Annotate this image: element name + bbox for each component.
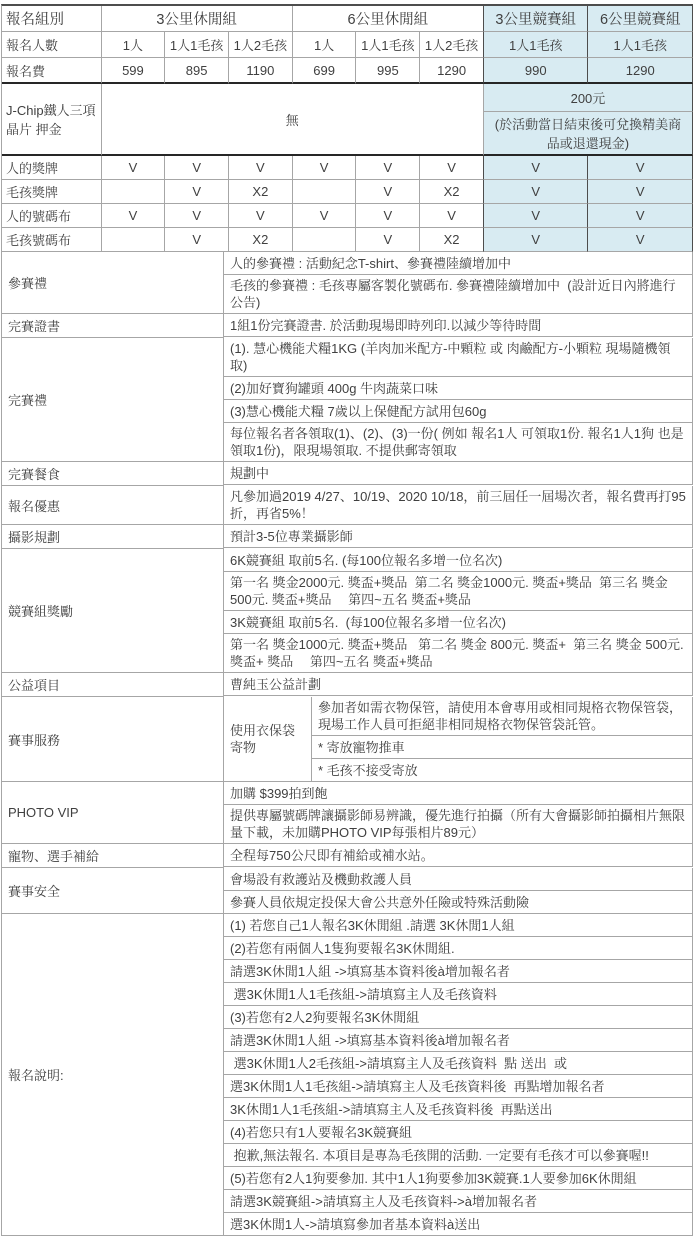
people-cell: 1人 <box>293 32 357 58</box>
fee-cell: 1290 <box>420 58 484 84</box>
section-line: (3)若您有2人2狗要報名3K休閒組 <box>224 1006 693 1029</box>
section-line: (3)慧心機能犬糧 7歲以上保健配方試用包60g <box>224 400 693 423</box>
section-label: 競賽組獎勵 <box>2 549 224 673</box>
check-cell <box>293 228 357 252</box>
fee-cell: 1190 <box>229 58 293 84</box>
service-sub-label: 使用衣保袋寄物 <box>224 697 312 782</box>
section-line: 每位報名者各領取(1)、(2)、(3)一份( 例如 報名1人 可領取1份. 報名… <box>224 423 693 462</box>
people-cell: 1人2毛孩 <box>420 32 484 58</box>
check-cell: V <box>102 156 166 180</box>
section-label: 賽事安全 <box>2 868 224 914</box>
section-line: 預計3-5位專業攝影師 <box>224 525 693 548</box>
check-cell: V <box>165 204 229 228</box>
section-line: * 毛孩不接受寄放 <box>312 759 693 782</box>
section-race-awards: 競賽組獎勵 6K競賽組 取前5名. (每100位報名多增一位名次) 第一名 獎金… <box>2 549 693 673</box>
check-cell: V <box>484 204 589 228</box>
section-line: 凡參加過2019 4/27、10/19、2020 10/18，前三屆任一屆場次者… <box>224 486 693 525</box>
check-cell: V <box>484 180 589 204</box>
group-header-label: 報名組別 <box>2 6 102 32</box>
check-cell: V <box>165 180 229 204</box>
section-label: 寵物、選手補給 <box>2 844 224 868</box>
check-cell: V <box>293 204 357 228</box>
section-photography-plan: 攝影規劃 預計3-5位專業攝影師 <box>2 525 693 549</box>
check-cell: V <box>165 228 229 252</box>
check-row-dog-medal: 毛孩獎牌 V X2 V X2 V V <box>2 180 693 204</box>
section-line: 第一名 獎金1000元. 獎盃+獎品 第二名 獎金 800元. 獎盃+ 第三名 … <box>224 634 693 673</box>
check-cell: V <box>293 156 357 180</box>
section-label: 完賽餐食 <box>2 462 224 486</box>
section-line: 選3K休閒1人1毛孩組->請填寫主人及毛孩資料後 再點增加報名者 <box>224 1075 693 1098</box>
people-cell: 1人 <box>102 32 166 58</box>
group-leisure-3k: 3公里休閒組 <box>102 6 293 32</box>
fee-cell: 699 <box>293 58 357 84</box>
chip-deposit-row: J-Chip鐵人三項晶片 押金 無 200元 (於活動當日結束後可兌換精美商品或… <box>2 84 693 156</box>
check-cell: V <box>588 156 693 180</box>
section-label: 公益項目 <box>2 673 224 697</box>
check-cell: X2 <box>420 228 484 252</box>
fee-row-label: 報名費 <box>2 58 102 84</box>
section-line: (1). 慧心機能犬糧1KG (羊肉加米配方-中顆粒 或 肉鹼配方-小顆粒 現場… <box>224 338 693 377</box>
check-row-human-bib: 人的號碼布 V V V V V V V V <box>2 204 693 228</box>
check-cell: V <box>356 228 420 252</box>
group-race-3k: 3公里競賽組 <box>484 6 589 32</box>
check-cell: V <box>484 228 589 252</box>
check-cell: V <box>102 204 166 228</box>
check-row-label: 人的獎牌 <box>2 156 102 180</box>
section-label: 完賽禮 <box>2 338 224 462</box>
fee-cell: 990 <box>484 58 589 84</box>
section-label: 參賽禮 <box>2 252 224 314</box>
fee-row: 報名費 599 895 1190 699 995 1290 990 1290 <box>2 58 693 84</box>
section-line: 選3K休閒1人2毛孩組->請填寫主人及毛孩資料 點 送出 或 <box>224 1052 693 1075</box>
check-row-label: 毛孩號碼布 <box>2 228 102 252</box>
section-line: (4)若您只有1人要報名3K競賽組 <box>224 1121 693 1144</box>
section-line: 3K競賽組 取前5名. (每100位報名多增一位名次) <box>224 611 693 634</box>
section-line: 曹純玉公益計劃 <box>224 673 693 696</box>
check-cell: V <box>588 228 693 252</box>
section-entry-gift: 參賽禮 人的參賽禮 : 活動紀念T-shirt、參賽禮陸續增加中 毛孩的參賽禮 … <box>2 252 693 314</box>
section-charity-project: 公益項目 曹純玉公益計劃 <box>2 673 693 697</box>
section-line: 3K休閒1人1毛孩組->請填寫主人及毛孩資料後 再點送出 <box>224 1098 693 1121</box>
check-cell: X2 <box>229 180 293 204</box>
group-header-row: 報名組別 3公里休閒組 6公里休閒組 3公里競賽組 6公里競賽組 <box>2 6 693 32</box>
check-row-dog-bib: 毛孩號碼布 V X2 V X2 V V <box>2 228 693 252</box>
fee-cell: 995 <box>356 58 420 84</box>
section-event-safety: 賽事安全 會場設有救護站及機動救護人員 參賽人員依規定投保大會公共意外任險或特殊… <box>2 868 693 914</box>
check-row-label: 人的號碼布 <box>2 204 102 228</box>
chip-deposit-note: (於活動當日結束後可兌換精美商品或退還現金) <box>484 112 693 156</box>
check-cell: V <box>356 156 420 180</box>
section-pet-runner-supply: 寵物、選手補給 全程每750公尺即有補給或補水站。 <box>2 844 693 868</box>
people-row: 報名人數 1人 1人1毛孩 1人2毛孩 1人 1人1毛孩 1人2毛孩 1人1毛孩… <box>2 32 693 58</box>
registration-info-table: 報名組別 3公里休閒組 6公里休閒組 3公里競賽組 6公里競賽組 報名人數 1人… <box>1 4 693 1236</box>
section-registration-instructions: 報名說明: (1) 若您自己1人報名3K休閒組 .請選 3K休閒1人組 (2)若… <box>2 914 693 1236</box>
section-line: 選3K休閒1人->請填寫參加者基本資料à送出 <box>224 1213 693 1236</box>
section-line: (5)若您有2人1狗要參加. 其中1人1狗要參加3K競賽.1人要參加6K休閒組 <box>224 1167 693 1190</box>
section-line: 6K競賽組 取前5名. (每100位報名多增一位名次) <box>224 549 693 572</box>
section-line: 參加者如需衣物保管，請使用本會專用或相同規格衣物保管袋，現場工作人員可拒絕非相同… <box>312 697 693 736</box>
section-line: (2)若您有兩個人1隻狗要報名3K休閒組. <box>224 937 693 960</box>
people-cell: 1人1毛孩 <box>356 32 420 58</box>
section-line: (1) 若您自己1人報名3K休閒組 .請選 3K休閒1人組 <box>224 914 693 937</box>
section-line: 規劃中 <box>224 462 693 485</box>
check-cell: V <box>165 156 229 180</box>
section-label: 完賽證書 <box>2 314 224 338</box>
section-line: 請選3K競賽組->請填寫主人及毛孩資料->à增加報名者 <box>224 1190 693 1213</box>
people-cell: 1人1毛孩 <box>588 32 693 58</box>
section-line: 參賽人員依規定投保大會公共意外任險或特殊活動險 <box>224 891 693 914</box>
section-photo-vip: PHOTO VIP 加購 $399拍到飽 提供專屬號碼牌讓攝影師易辨識，優先進行… <box>2 782 693 844</box>
section-line: 會場設有救護站及機動救護人員 <box>224 868 693 891</box>
check-row-label: 毛孩獎牌 <box>2 180 102 204</box>
check-cell: X2 <box>229 228 293 252</box>
group-leisure-6k: 6公里休閒組 <box>293 6 484 32</box>
section-label: PHOTO VIP <box>2 782 224 844</box>
check-cell <box>102 228 166 252</box>
section-label: 報名說明: <box>2 914 224 1236</box>
section-line: 全程每750公尺即有補給或補水站。 <box>224 844 693 867</box>
people-cell: 1人2毛孩 <box>229 32 293 58</box>
check-cell: V <box>229 204 293 228</box>
check-cell: V <box>588 204 693 228</box>
fee-cell: 1290 <box>588 58 693 84</box>
section-line: 第一名 獎金2000元. 獎盃+獎品 第二名 獎金1000元. 獎盃+獎品 第三… <box>224 572 693 611</box>
check-cell: V <box>588 180 693 204</box>
section-line: * 寄放寵物推車 <box>312 736 693 759</box>
check-cell <box>293 180 357 204</box>
section-event-service: 賽事服務 使用衣保袋寄物 參加者如需衣物保管，請使用本會專用或相同規格衣物保管袋… <box>2 697 693 782</box>
section-line: 加購 $399拍到飽 <box>224 782 693 805</box>
fee-cell: 599 <box>102 58 166 84</box>
section-line: 請選3K休閒1人組 ->填寫基本資料後à增加報名者 <box>224 960 693 983</box>
section-line: 毛孩的參賽禮 : 毛孩專屬客製化號碼布. 參賽禮陸續增加中 (設計近日內將進行公… <box>224 275 693 314</box>
chip-deposit-amount: 200元 <box>484 84 693 112</box>
chip-deposit-race-cell: 200元 (於活動當日結束後可兌換精美商品或退還現金) <box>484 84 693 156</box>
section-label: 報名優惠 <box>2 486 224 525</box>
section-line: 提供專屬號碼牌讓攝影師易辨識，優先進行拍攝（所有大會攝影師拍攝相片無限量下載，未… <box>224 805 693 844</box>
section-line: 1組1份完賽證書. 於活動現場即時列印.以減少等待時間 <box>224 314 693 337</box>
section-finish-meal: 完賽餐食 規劃中 <box>2 462 693 486</box>
section-registration-discount: 報名優惠 凡參加過2019 4/27、10/19、2020 10/18，前三屆任… <box>2 486 693 525</box>
section-line: 選3K休閒1人1毛孩組->請填寫主人及毛孩資料 <box>224 983 693 1006</box>
check-cell: V <box>420 156 484 180</box>
section-finish-certificate: 完賽證書 1組1份完賽證書. 於活動現場即時列印.以減少等待時間 <box>2 314 693 338</box>
check-row-human-medal: 人的獎牌 V V V V V V V V <box>2 156 693 180</box>
chip-deposit-label: J-Chip鐵人三項晶片 押金 <box>2 84 102 156</box>
fee-cell: 895 <box>165 58 229 84</box>
section-label: 攝影規劃 <box>2 525 224 549</box>
section-line: 請選3K休閒1人組 ->填寫基本資料後à增加報名者 <box>224 1029 693 1052</box>
people-row-label: 報名人數 <box>2 32 102 58</box>
people-cell: 1人1毛孩 <box>165 32 229 58</box>
check-cell: V <box>484 156 589 180</box>
section-label: 賽事服務 <box>2 697 224 782</box>
chip-deposit-none: 無 <box>102 84 484 156</box>
check-cell: X2 <box>420 180 484 204</box>
section-finisher-gift: 完賽禮 (1). 慧心機能犬糧1KG (羊肉加米配方-中顆粒 或 肉鹼配方-小顆… <box>2 338 693 462</box>
check-cell: V <box>356 204 420 228</box>
section-line: 人的參賽禮 : 活動紀念T-shirt、參賽禮陸續增加中 <box>224 252 693 275</box>
people-cell: 1人1毛孩 <box>484 32 589 58</box>
group-race-6k: 6公里競賽組 <box>588 6 693 32</box>
check-cell: V <box>420 204 484 228</box>
section-line: 抱歉,無法報名. 本項目是專為毛孩開的活動. 一定要有毛孩才可以參賽喔!! <box>224 1144 693 1167</box>
section-line: (2)加好寶狗罐頭 400g 牛肉蔬菜口味 <box>224 377 693 400</box>
check-cell <box>102 180 166 204</box>
check-cell: V <box>356 180 420 204</box>
check-cell: V <box>229 156 293 180</box>
